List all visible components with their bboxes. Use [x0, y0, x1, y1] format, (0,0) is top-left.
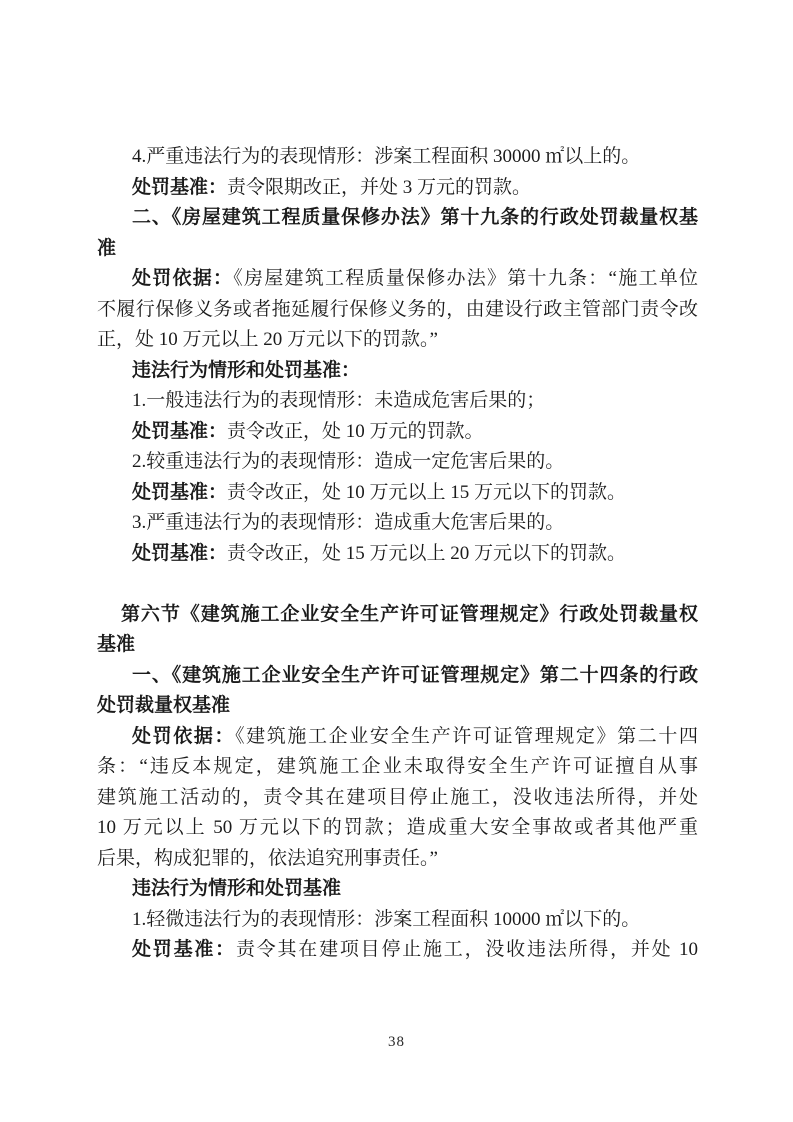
text-line: 处罚依据：《房屋建筑工程质量保修办法》第十九条：“施工单位: [97, 264, 698, 295]
text-line: 处罚基准：责令改正，处 10 万元以上 15 万元以下的罚款。: [97, 478, 698, 509]
text-line: 10 万元以上 50 万元以下的罚款；造成重大安全事故或者其他严重: [97, 813, 698, 844]
text-segment: 《建筑施工企业安全生产许可证管理规定》第二十四: [235, 726, 698, 747]
text-segment: 1.轻微违法行为的表现情形：涉案工程面积 10000 ㎡以下的。: [132, 909, 640, 930]
text-line: 基准: [97, 630, 698, 661]
text-segment: 责令改正，处 10 万元的罚款。: [227, 421, 484, 442]
text-line: 处罚裁量权基准: [97, 691, 698, 722]
text-line: 违法行为情形和处罚基准: [97, 874, 698, 905]
bold-text-segment: 处罚基准：: [132, 939, 236, 960]
text-line: 1.一般违法行为的表现情形：未造成危害后果的；: [97, 386, 698, 417]
text-line: 处罚依据：《建筑施工企业安全生产许可证管理规定》第二十四: [97, 722, 698, 753]
text-line: 处罚基准：责令其在建项目停止施工，没收违法所得，并处 10: [97, 935, 698, 966]
text-line: 2.较重违法行为的表现情形：造成一定危害后果的。: [97, 447, 698, 478]
text-line: 3.严重违法行为的表现情形：造成重大危害后果的。: [97, 508, 698, 539]
text-segment: 建筑施工活动的，责令其在建项目停止施工，没收违法所得，并处: [97, 787, 698, 808]
blank-line: [97, 569, 698, 600]
text-segment: 正，处 10 万元以上 20 万元以下的罚款。”: [97, 329, 438, 350]
text-segment: 4.严重违法行为的表现情形：涉案工程面积 30000 ㎡以上的。: [132, 146, 640, 167]
text-segment: 责令其在建项目停止施工，没收违法所得，并处 10: [236, 939, 698, 960]
text-line: 违法行为情形和处罚基准：: [97, 356, 698, 387]
bold-text-segment: 一、《建筑施工企业安全生产许可证管理规定》第二十四条的行政: [132, 665, 698, 686]
text-line: 4.严重违法行为的表现情形：涉案工程面积 30000 ㎡以上的。: [97, 142, 698, 173]
document-body: 4.严重违法行为的表现情形：涉案工程面积 30000 ㎡以上的。处罚基准：责令限…: [97, 142, 698, 966]
text-segment: 3.严重违法行为的表现情形：造成重大危害后果的。: [132, 512, 564, 533]
bold-text-segment: 第六节《建筑施工企业安全生产许可证管理规定》行政处罚裁量权: [121, 604, 698, 625]
bold-text-segment: 处罚基准：: [132, 482, 227, 503]
text-line: 处罚基准：责令限期改正，并处 3 万元的罚款。: [97, 173, 698, 204]
page-number: 38: [0, 1034, 793, 1051]
text-line: 条：“违反本规定，建筑施工企业未取得安全生产许可证擅自从事: [97, 752, 698, 783]
bold-text-segment: 处罚基准：: [132, 177, 227, 198]
bold-text-segment: 基准: [97, 634, 135, 655]
bold-text-segment: 违法行为情形和处罚基准：: [132, 360, 360, 381]
text-line: 后果，构成犯罪的，依法追究刑事责任。”: [97, 844, 698, 875]
document-page: 4.严重违法行为的表现情形：涉案工程面积 30000 ㎡以上的。处罚基准：责令限…: [0, 0, 793, 1122]
text-segment: 不履行保修义务或者拖延履行保修义务的，由建设行政主管部门责令改: [97, 299, 698, 320]
text-line: 一、《建筑施工企业安全生产许可证管理规定》第二十四条的行政: [97, 661, 698, 692]
bold-text-segment: 处罚依据：: [132, 726, 235, 747]
bold-text-segment: 处罚基准：: [132, 421, 227, 442]
bold-text-segment: 处罚裁量权基准: [97, 695, 230, 716]
text-segment: 责令改正，处 15 万元以上 20 万元以下的罚款。: [227, 543, 626, 564]
bold-text-segment: 处罚基准：: [132, 543, 227, 564]
bold-text-segment: 二、《房屋建筑工程质量保修办法》第十九条的行政处罚裁量权基: [132, 207, 698, 228]
text-segment: 后果，构成犯罪的，依法追究刑事责任。”: [97, 848, 438, 869]
text-line: 1.轻微违法行为的表现情形：涉案工程面积 10000 ㎡以下的。: [97, 905, 698, 936]
text-segment: 1.一般违法行为的表现情形：未造成危害后果的；: [132, 390, 545, 411]
text-segment: 责令改正，处 10 万元以上 15 万元以下的罚款。: [227, 482, 626, 503]
bold-text-segment: 处罚依据：: [132, 268, 233, 289]
text-line: 第六节《建筑施工企业安全生产许可证管理规定》行政处罚裁量权: [97, 600, 698, 631]
bold-text-segment: 违法行为情形和处罚基准: [132, 878, 341, 899]
text-line: 不履行保修义务或者拖延履行保修义务的，由建设行政主管部门责令改: [97, 295, 698, 326]
text-segment: 10 万元以上 50 万元以下的罚款；造成重大安全事故或者其他严重: [97, 817, 698, 838]
text-segment: 条：“违反本规定，建筑施工企业未取得安全生产许可证擅自从事: [97, 756, 698, 777]
text-line: 正，处 10 万元以上 20 万元以下的罚款。”: [97, 325, 698, 356]
text-line: 处罚基准：责令改正，处 15 万元以上 20 万元以下的罚款。: [97, 539, 698, 570]
bold-text-segment: 准: [97, 238, 116, 259]
text-segment: 2.较重违法行为的表现情形：造成一定危害后果的。: [132, 451, 564, 472]
text-segment: 责令限期改正，并处 3 万元的罚款。: [227, 177, 531, 198]
text-line: 处罚基准：责令改正，处 10 万元的罚款。: [97, 417, 698, 448]
text-segment: 《房屋建筑工程质量保修办法》第十九条：“施工单位: [233, 268, 698, 289]
text-line: 建筑施工活动的，责令其在建项目停止施工，没收违法所得，并处: [97, 783, 698, 814]
text-line: 二、《房屋建筑工程质量保修办法》第十九条的行政处罚裁量权基: [97, 203, 698, 234]
text-line: 准: [97, 234, 698, 265]
